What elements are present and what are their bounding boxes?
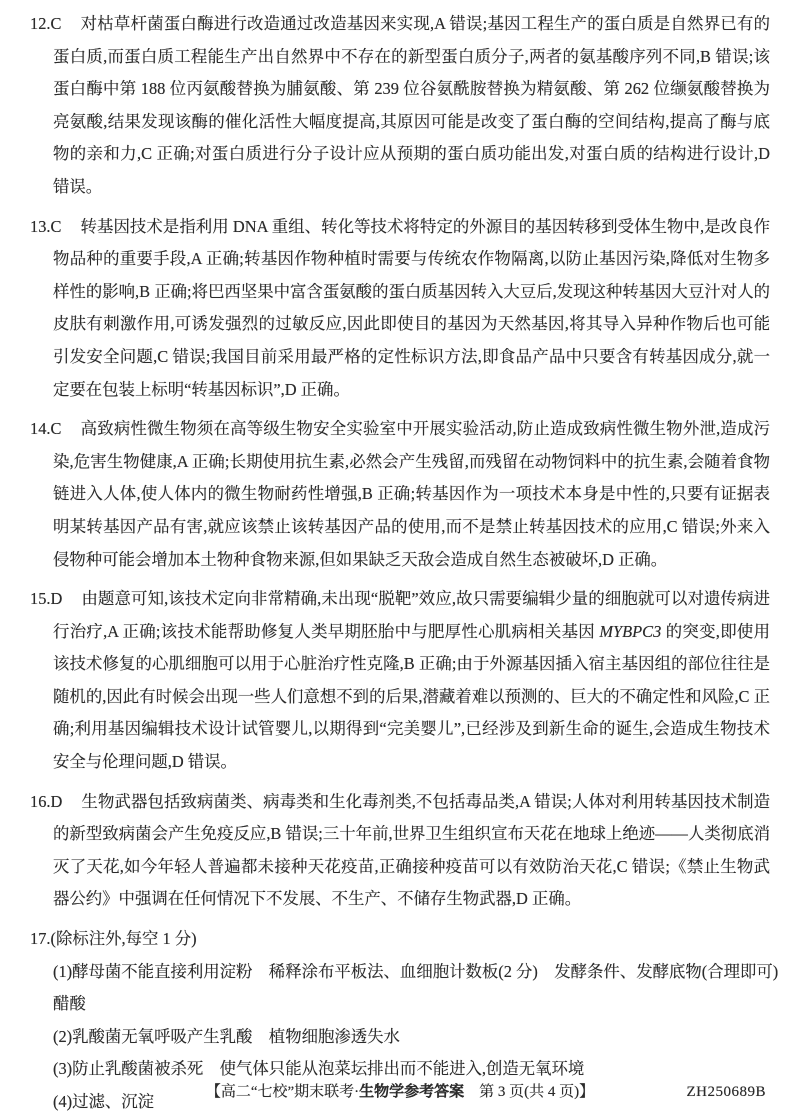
answer-text-16: 生物武器包括致病菌类、病毒类和生化毒剂类,不包括毒品类,A 错误;人体对利用转基… [53, 792, 770, 909]
answer-key-page: 12.C对枯草杆菌蛋白酶进行改造通过改造基因来实现,A 错误;基因工程生产的蛋白… [0, 0, 800, 1113]
answer-item-13: 13.C转基因技术是指利用 DNA 重组、转化等技术将特定的外源目的基因转移到受… [53, 211, 770, 407]
q17-line-1-continued: 醋酸 [53, 988, 770, 1021]
document-code: ZH250689B [687, 1081, 767, 1103]
q17-line-1: (1)酵母菌不能直接利用淀粉 稀释涂布平板法、血细胞计数板(2 分) 发酵条件、… [53, 956, 770, 989]
q17-header: 17.(除标注外,每空 1 分) [30, 923, 770, 956]
gene-name-italic: MYBPC3 [599, 622, 661, 641]
footer-subject: 生物学参考答案 [359, 1084, 464, 1100]
answer-number-13: 13.C [30, 217, 61, 236]
answer-text-15-after: 的突变,即使用该技术修复的心肌细胞可以用于心脏治疗性克隆,B 正确;由于外源基因… [53, 622, 770, 771]
answer-text-13: 转基因技术是指利用 DNA 重组、转化等技术将特定的外源目的基因转移到受体生物中… [53, 217, 770, 399]
answer-item-12: 12.C对枯草杆菌蛋白酶进行改造通过改造基因来实现,A 错误;基因工程生产的蛋白… [53, 8, 770, 204]
answer-text-14: 高致病性微生物须在高等级生物安全实验室中开展实验活动,防止造成致病性微生物外泄,… [53, 419, 770, 568]
answer-item-16: 16.D生物武器包括致病菌类、病毒类和生化毒剂类,不包括毒品类,A 错误;人体对… [53, 786, 770, 916]
answer-number-16: 16.D [30, 792, 62, 811]
q17-line-2: (2)乳酸菌无氧呼吸产生乳酸 植物细胞渗透失水 [53, 1021, 770, 1054]
footer-title: 【高二“七校”期末联考·生物学参考答案 第 3 页(共 4 页)】 [0, 1081, 800, 1103]
answer-number-12: 12.C [30, 14, 61, 33]
answer-number-15: 15.D [30, 589, 62, 608]
page-footer: 【高二“七校”期末联考·生物学参考答案 第 3 页(共 4 页)】 ZH2506… [0, 1081, 800, 1103]
answer-text-12: 对枯草杆菌蛋白酶进行改造通过改造基因来实现,A 错误;基因工程生产的蛋白质是自然… [53, 14, 770, 196]
answer-item-15: 15.D由题意可知,该技术定向非常精确,未出现“脱靶”效应,故只需要编辑少量的细… [53, 583, 770, 779]
footer-prefix: 【高二“七校”期末联考· [206, 1084, 359, 1100]
footer-page-info: 第 3 页(共 4 页)】 [464, 1084, 594, 1100]
answer-number-14: 14.C [30, 419, 61, 438]
answer-item-14: 14.C高致病性微生物须在高等级生物安全实验室中开展实验活动,防止造成致病性微生… [53, 413, 770, 576]
